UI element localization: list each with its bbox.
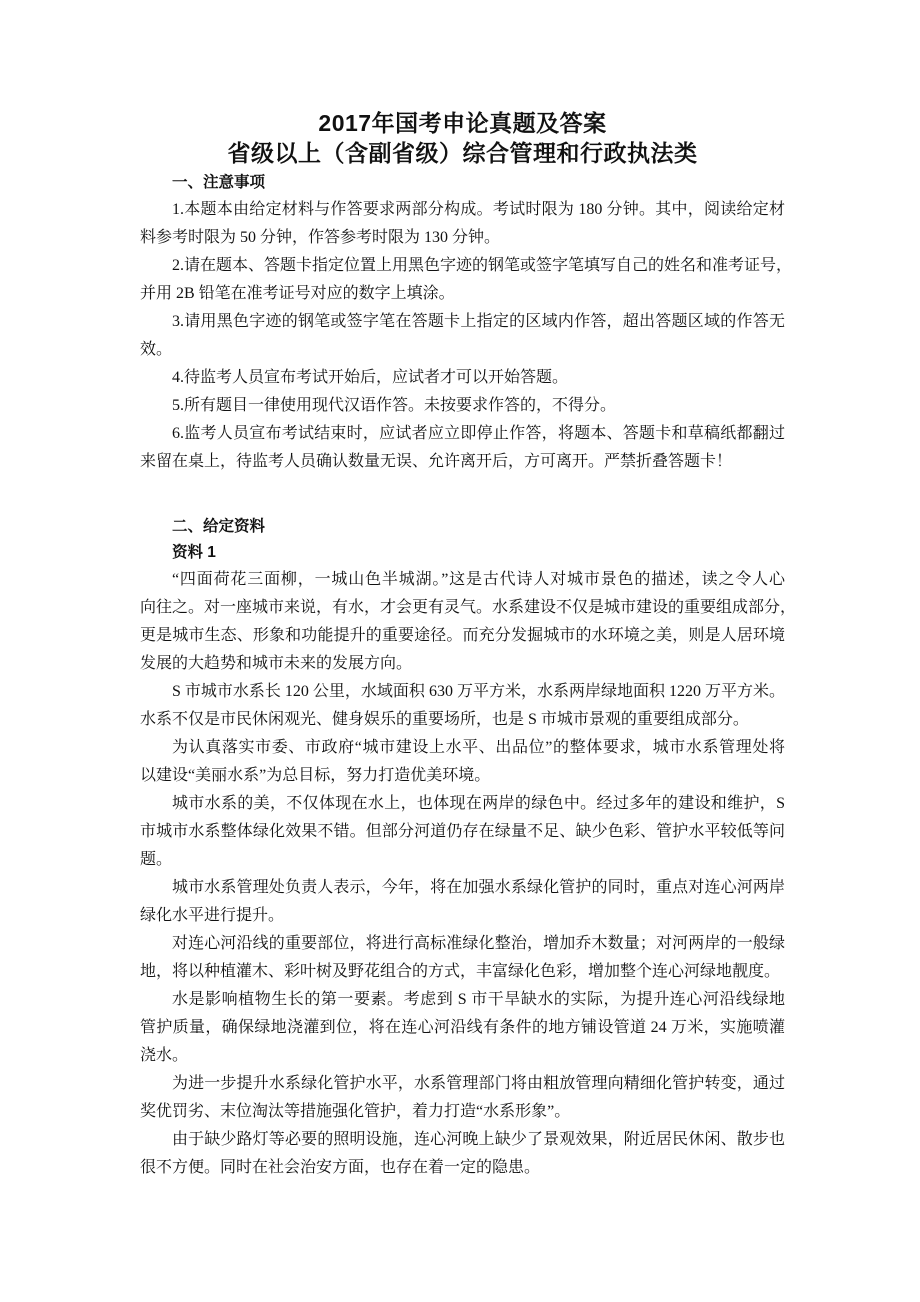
note-item: 2.请在题本、答题卡指定位置上用黑色字迹的钢笔或签字笔填写自己的姓名和准考证号，… — [140, 252, 785, 308]
text-line: 水是影响植物生长的第一要素。考虑到 S 市干旱缺水的实际，为提升连心河沿线绿地 — [140, 986, 785, 1014]
document-page: 2017年国考申论真题及答案 省级以上（含副省级）综合管理和行政执法类 一、注意… — [140, 108, 785, 1182]
text-line: 1.本题本由给定材料与作答要求两部分构成。考试时限为 180 分钟。其中，阅读给… — [140, 196, 785, 224]
text-line: 来留在桌上，待监考人员确认数量无误、允许离开后，方可离开。严禁折叠答题卡！ — [140, 448, 785, 476]
text-line: 水系不仅是市民休闲观光、健身娱乐的重要场所，也是 S 市城市景观的重要组成部分。 — [140, 706, 785, 734]
text-line: 绿化水平进行提升。 — [140, 902, 785, 930]
material-paragraph: 城市水系管理处负责人表示，今年，将在加强水系绿化管护的同时，重点对连心河两岸绿化… — [140, 874, 785, 930]
text-line: 对连心河沿线的重要部位，将进行高标准绿化整治，增加乔木数量；对河两岸的一般绿 — [140, 930, 785, 958]
note-item: 3.请用黑色字迹的钢笔或签字笔在答题卡上指定的区域内作答，超出答题区域的作答无效… — [140, 308, 785, 364]
text-line: 效。 — [140, 336, 785, 364]
text-line: 以建设“美丽水系”为总目标，努力打造优美环境。 — [140, 762, 785, 790]
text-line: 2.请在题本、答题卡指定位置上用黑色字迹的钢笔或签字笔填写自己的姓名和准考证号， — [140, 252, 785, 280]
text-line: 题。 — [140, 846, 785, 874]
text-line: 由于缺少路灯等必要的照明设施，连心河晚上缺少了景观效果，附近居民休闲、散步也 — [140, 1126, 785, 1154]
text-line: 为认真落实市委、市政府“城市建设上水平、出品位”的整体要求，城市水系管理处将 — [140, 734, 785, 762]
text-line: 并用 2B 铅笔在准考证号对应的数字上填涂。 — [140, 280, 785, 308]
note-item: 6.监考人员宣布考试结束时，应试者应立即停止作答，将题本、答题卡和草稿纸都翻过来… — [140, 420, 785, 476]
material-title: 资料 1 — [172, 540, 785, 566]
text-line: 城市水系管理处负责人表示，今年，将在加强水系绿化管护的同时，重点对连心河两岸 — [140, 874, 785, 902]
text-line: 5.所有题目一律使用现代汉语作答。未按要求作答的，不得分。 — [140, 392, 785, 420]
title-line-2: 省级以上（含副省级）综合管理和行政执法类 — [140, 138, 785, 168]
text-line: “四面荷花三面柳，一城山色半城湖。”这是古代诗人对城市景色的描述，读之令人心 — [140, 566, 785, 594]
text-line: 3.请用黑色字迹的钢笔或签字笔在答题卡上指定的区域内作答，超出答题区域的作答无 — [140, 308, 785, 336]
material-paragraph: 为进一步提升水系绿化管护水平，水系管理部门将由粗放管理向精细化管护转变，通过奖优… — [140, 1070, 785, 1126]
material-paragraph: 为认真落实市委、市政府“城市建设上水平、出品位”的整体要求，城市水系管理处将以建… — [140, 734, 785, 790]
text-line: 6.监考人员宣布考试结束时，应试者应立即停止作答，将题本、答题卡和草稿纸都翻过 — [140, 420, 785, 448]
material-body: “四面荷花三面柳，一城山色半城湖。”这是古代诗人对城市景色的描述，读之令人心向往… — [140, 566, 785, 1182]
section-heading-materials: 二、给定资料 — [172, 514, 785, 540]
text-line: 地，将以种植灌木、彩叶树及野花组合的方式，丰富绿化色彩，增加整个连心河绿地靓度。 — [140, 958, 785, 986]
text-line: 浇水。 — [140, 1042, 785, 1070]
text-line: 料参考时限为 50 分钟，作答参考时限为 130 分钟。 — [140, 224, 785, 252]
text-line: 更是城市生态、形象和功能提升的重要途径。而充分发掘城市的水环境之美，则是人居环境 — [140, 622, 785, 650]
spacer — [140, 476, 785, 504]
title-line-1: 2017年国考申论真题及答案 — [140, 108, 785, 138]
text-line: 为进一步提升水系绿化管护水平，水系管理部门将由粗放管理向精细化管护转变，通过 — [140, 1070, 785, 1098]
text-line: 城市水系的美，不仅体现在水上，也体现在两岸的绿色中。经过多年的建设和维护，S — [140, 790, 785, 818]
material-paragraph: 对连心河沿线的重要部位，将进行高标准绿化整治，增加乔木数量；对河两岸的一般绿地，… — [140, 930, 785, 986]
material-paragraph: “四面荷花三面柳，一城山色半城湖。”这是古代诗人对城市景色的描述，读之令人心向往… — [140, 566, 785, 678]
material-paragraph: 水是影响植物生长的第一要素。考虑到 S 市干旱缺水的实际，为提升连心河沿线绿地管… — [140, 986, 785, 1070]
notes-list: 1.本题本由给定材料与作答要求两部分构成。考试时限为 180 分钟。其中，阅读给… — [140, 196, 785, 476]
material-paragraph: 由于缺少路灯等必要的照明设施，连心河晚上缺少了景观效果，附近居民休闲、散步也很不… — [140, 1126, 785, 1182]
text-line: 管护质量，确保绿地浇灌到位，将在连心河沿线有条件的地方铺设管道 24 万米，实施… — [140, 1014, 785, 1042]
text-line: 奖优罚劣、末位淘汰等措施强化管护，着力打造“水系形象”。 — [140, 1098, 785, 1126]
document-title: 2017年国考申论真题及答案 省级以上（含副省级）综合管理和行政执法类 — [140, 108, 785, 168]
text-line: 市城市水系整体绿化效果不错。但部分河道仍存在绿量不足、缺少色彩、管护水平较低等问 — [140, 818, 785, 846]
text-line: 很不方便。同时在社会治安方面，也存在着一定的隐患。 — [140, 1154, 785, 1182]
text-line: S 市城市水系长 120 公里，水域面积 630 万平方米，水系两岸绿地面积 1… — [140, 678, 785, 706]
note-item: 1.本题本由给定材料与作答要求两部分构成。考试时限为 180 分钟。其中，阅读给… — [140, 196, 785, 252]
material-paragraph: S 市城市水系长 120 公里，水域面积 630 万平方米，水系两岸绿地面积 1… — [140, 678, 785, 734]
material-paragraph: 城市水系的美，不仅体现在水上，也体现在两岸的绿色中。经过多年的建设和维护，S市城… — [140, 790, 785, 874]
note-item: 4.待监考人员宣布考试开始后，应试者才可以开始答题。 — [140, 364, 785, 392]
text-line: 向往之。对一座城市来说，有水，才会更有灵气。水系建设不仅是城市建设的重要组成部分… — [140, 594, 785, 622]
text-line: 4.待监考人员宣布考试开始后，应试者才可以开始答题。 — [140, 364, 785, 392]
note-item: 5.所有题目一律使用现代汉语作答。未按要求作答的，不得分。 — [140, 392, 785, 420]
text-line: 发展的大趋势和城市未来的发展方向。 — [140, 650, 785, 678]
section-heading-notes: 一、注意事项 — [172, 170, 785, 196]
